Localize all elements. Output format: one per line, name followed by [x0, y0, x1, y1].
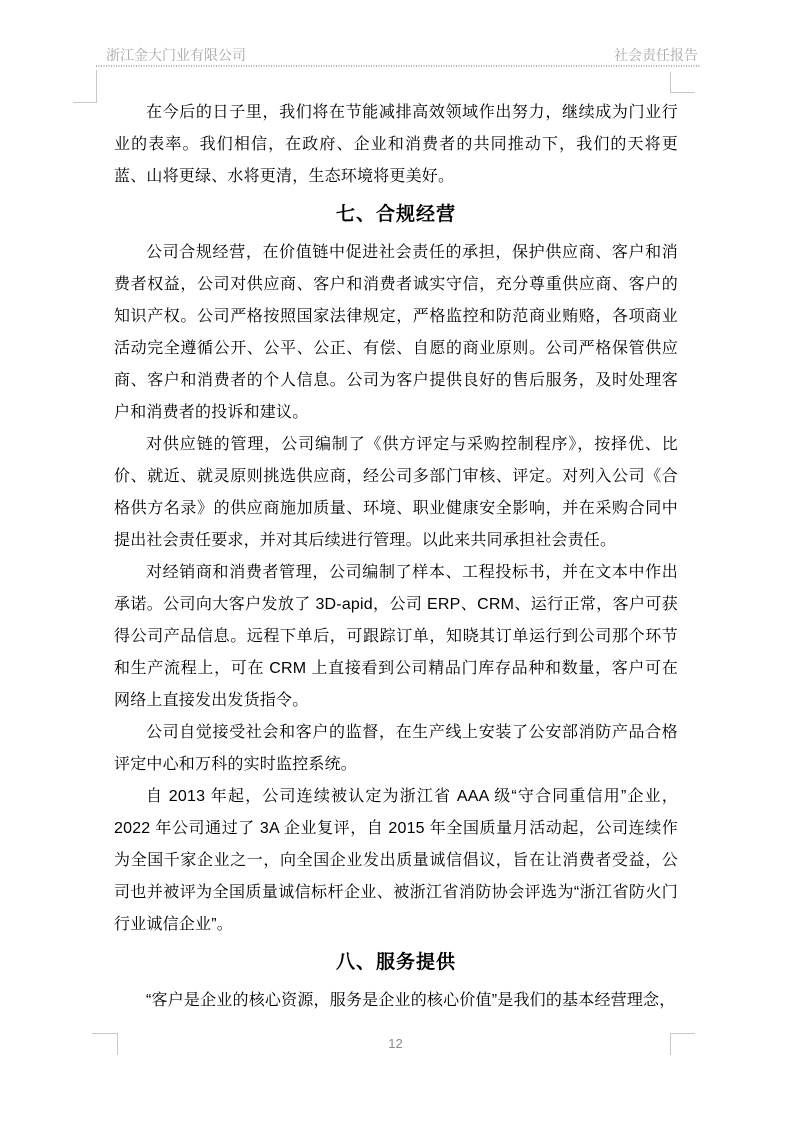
page-footer: 12: [0, 1036, 791, 1052]
page-header: 浙江金大门业有限公司 社会责任报告: [96, 46, 700, 64]
header-divider: [96, 65, 700, 67]
intro-paragraph: 在今后的日子里，我们将在节能减排高效领域作出努力，继续成为门业行业的表率。我们相…: [114, 97, 678, 193]
header-report-title: 社会责任报告: [614, 46, 698, 64]
section-7-paragraph-2: 对供应链的管理，公司编制了《供方评定与采购控制程序》，按择优、比价、就近、就灵原…: [114, 429, 678, 557]
section-7-heading: 七、合规经营: [114, 193, 678, 237]
section-8-paragraph-1: “客户是企业的核心资源，服务是企业的核心价值”是我们的基本经营理念，: [114, 985, 678, 1017]
section-8-heading: 八、服务提供: [114, 941, 678, 985]
document-body: 在今后的日子里，我们将在节能减排高效领域作出努力，继续成为门业行业的表率。我们相…: [114, 97, 678, 1017]
section-7-paragraph-3: 对经销商和消费者管理，公司编制了样本、工程投标书，并在文本中作出承诺。公司向大客…: [114, 557, 678, 717]
margin-corner-mark-top-right: [670, 72, 695, 93]
header-company-name: 浙江金大门业有限公司: [106, 46, 246, 64]
section-7-paragraph-5: 自 2013 年起，公司连续被认定为浙江省 AAA 级“守合同重信用”企业，20…: [114, 781, 678, 941]
margin-corner-mark-top-left: [73, 70, 97, 103]
section-7-paragraph-1: 公司合规经营，在价值链中促进社会责任的承担，保护供应商、客户和消费者权益，公司对…: [114, 237, 678, 429]
section-7-paragraph-4: 公司自觉接受社会和客户的监督，在生产线上安装了公安部消防产品合格评定中心和万科的…: [114, 717, 678, 781]
document-page: 浙江金大门业有限公司 社会责任报告 在今后的日子里，我们将在节能减排高效领域作出…: [0, 0, 791, 1121]
page-number: 12: [388, 1036, 402, 1051]
